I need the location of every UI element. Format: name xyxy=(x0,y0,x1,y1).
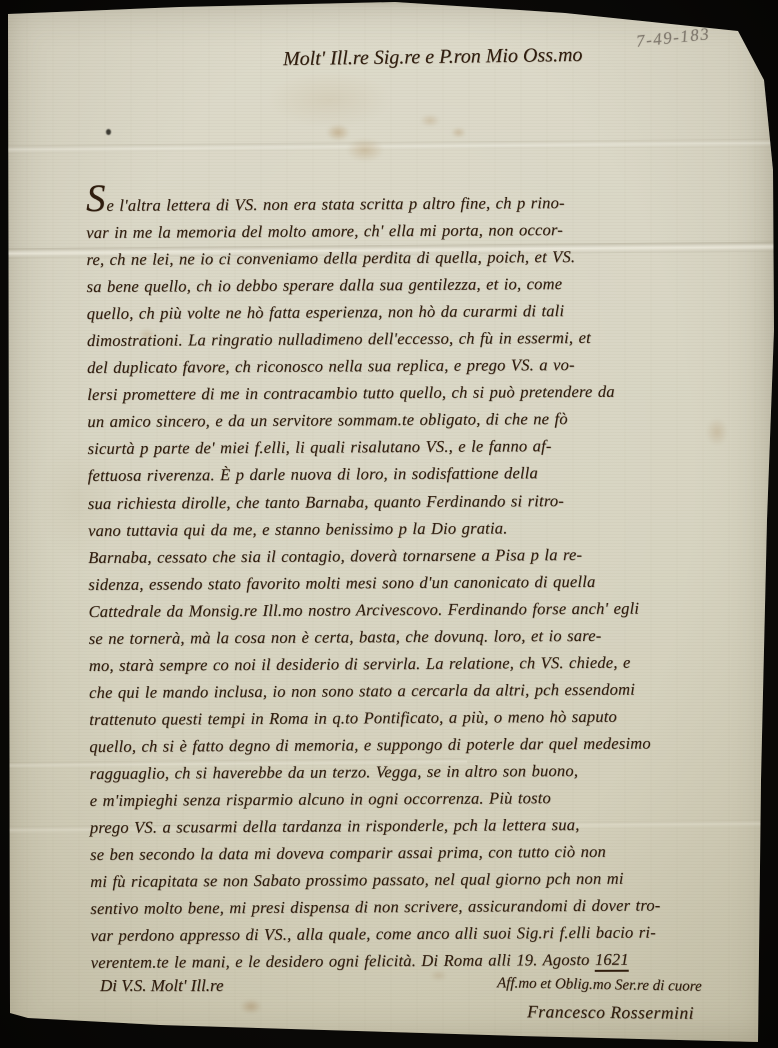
letter-line: var in me la memoria del molto amore, ch… xyxy=(86,215,762,246)
letter-line: trattenuto questi tempi in Roma in q.to … xyxy=(89,702,765,733)
letter-line: Se l'altra lettera di VS. non era stata … xyxy=(86,188,762,219)
letter-line-last: verentem.te le mani, e le desidero ogni … xyxy=(91,945,767,976)
archival-number: 7-49-183 xyxy=(635,24,711,52)
letter-line: sentivo molto bene, mi presi dispensa di… xyxy=(90,891,766,922)
letter-body: Se l'altra lettera di VS. non era stata … xyxy=(86,188,767,976)
foxing-stain xyxy=(420,114,440,127)
letter-line: fettuosa riverenza. È p darle nuova di l… xyxy=(88,458,764,489)
letter-line: prego VS. a scusarmi della tardanza in r… xyxy=(90,810,766,841)
letter-line: dimostrationi. La ringratio nulladimeno … xyxy=(87,323,763,354)
letter-line: un amico sincero, e da un servitore somm… xyxy=(87,404,763,435)
foxing-stain xyxy=(326,124,350,141)
letter-line: mi fù ricapitata se non Sabato prossimo … xyxy=(90,864,766,895)
letter-line: se ne tornerà, mà la cosa non è certa, b… xyxy=(89,621,765,652)
foxing-stain xyxy=(451,127,466,138)
ink-speck xyxy=(106,129,111,135)
letter-line: Barnaba, cessato che sia il contagio, do… xyxy=(88,539,764,570)
letter-line: e m'impieghi senza risparmio alcuno in o… xyxy=(90,783,766,814)
letter-line: ragguaglio, ch si haverebbe da un terzo.… xyxy=(89,756,765,787)
letter-line: del duplicato favore, ch riconosco nella… xyxy=(87,350,763,381)
foxing-stain xyxy=(240,999,262,1014)
letter-last-line-text: verentem.te le mani, e le desidero ogni … xyxy=(91,950,590,972)
letter-line: se ben secondo la data mi doveva compari… xyxy=(90,837,766,868)
letter-line: vano tuttavia qui da me, e stanno beniss… xyxy=(88,512,764,543)
letter-line: lersi promettere di me in contracambio t… xyxy=(87,377,763,408)
foxing-stain xyxy=(346,138,384,162)
letter-body-lines: Se l'altra lettera di VS. non era stata … xyxy=(86,188,767,949)
letter-line: sa bene quello, ch io debbo sperare dall… xyxy=(86,269,762,300)
letter-line: sidenza, essendo stato favorito molti me… xyxy=(88,567,764,598)
letter-line: var perdono appresso di VS., alla quale,… xyxy=(90,918,766,949)
letter-line: quello, ch più volte ne hò fatta esperie… xyxy=(87,296,763,327)
letter-line: sua richiesta dirolle, che tanto Barnaba… xyxy=(88,485,764,516)
salutation-line: Molt' Ill.re Sig.re e P.ron Mio Oss.mo xyxy=(283,44,583,71)
letter-line: sicurtà p parte de' miei f.elli, li qual… xyxy=(87,431,763,462)
scan-background: 7-49-183 Molt' Ill.re Sig.re e P.ron Mio… xyxy=(0,0,778,1048)
closing-courtesy: Aff.mo et Oblig.mo Ser.re di cuore xyxy=(497,975,702,996)
letter-line: re, ch ne lei, ne io ci conveniamo della… xyxy=(86,242,762,273)
letter-paper: 7-49-183 Molt' Ill.re Sig.re e P.ron Mio… xyxy=(0,0,778,1048)
letter-line: mo, starà sempre co noi il desiderio di … xyxy=(89,648,765,679)
closing-left: Di V.S. Molt' Ill.re xyxy=(100,976,224,996)
letter-date: 1621 xyxy=(595,950,629,972)
signature: Francesco Rossermini xyxy=(527,1001,694,1023)
letter-line: Cattedrale da Monsig.re Ill.mo nostro Ar… xyxy=(88,594,764,625)
letter-line: che qui le mando inclusa, io non sono st… xyxy=(89,675,765,706)
fold-crease xyxy=(0,139,778,154)
letter-line: quello, ch si è fatto degno di memoria, … xyxy=(89,729,765,760)
